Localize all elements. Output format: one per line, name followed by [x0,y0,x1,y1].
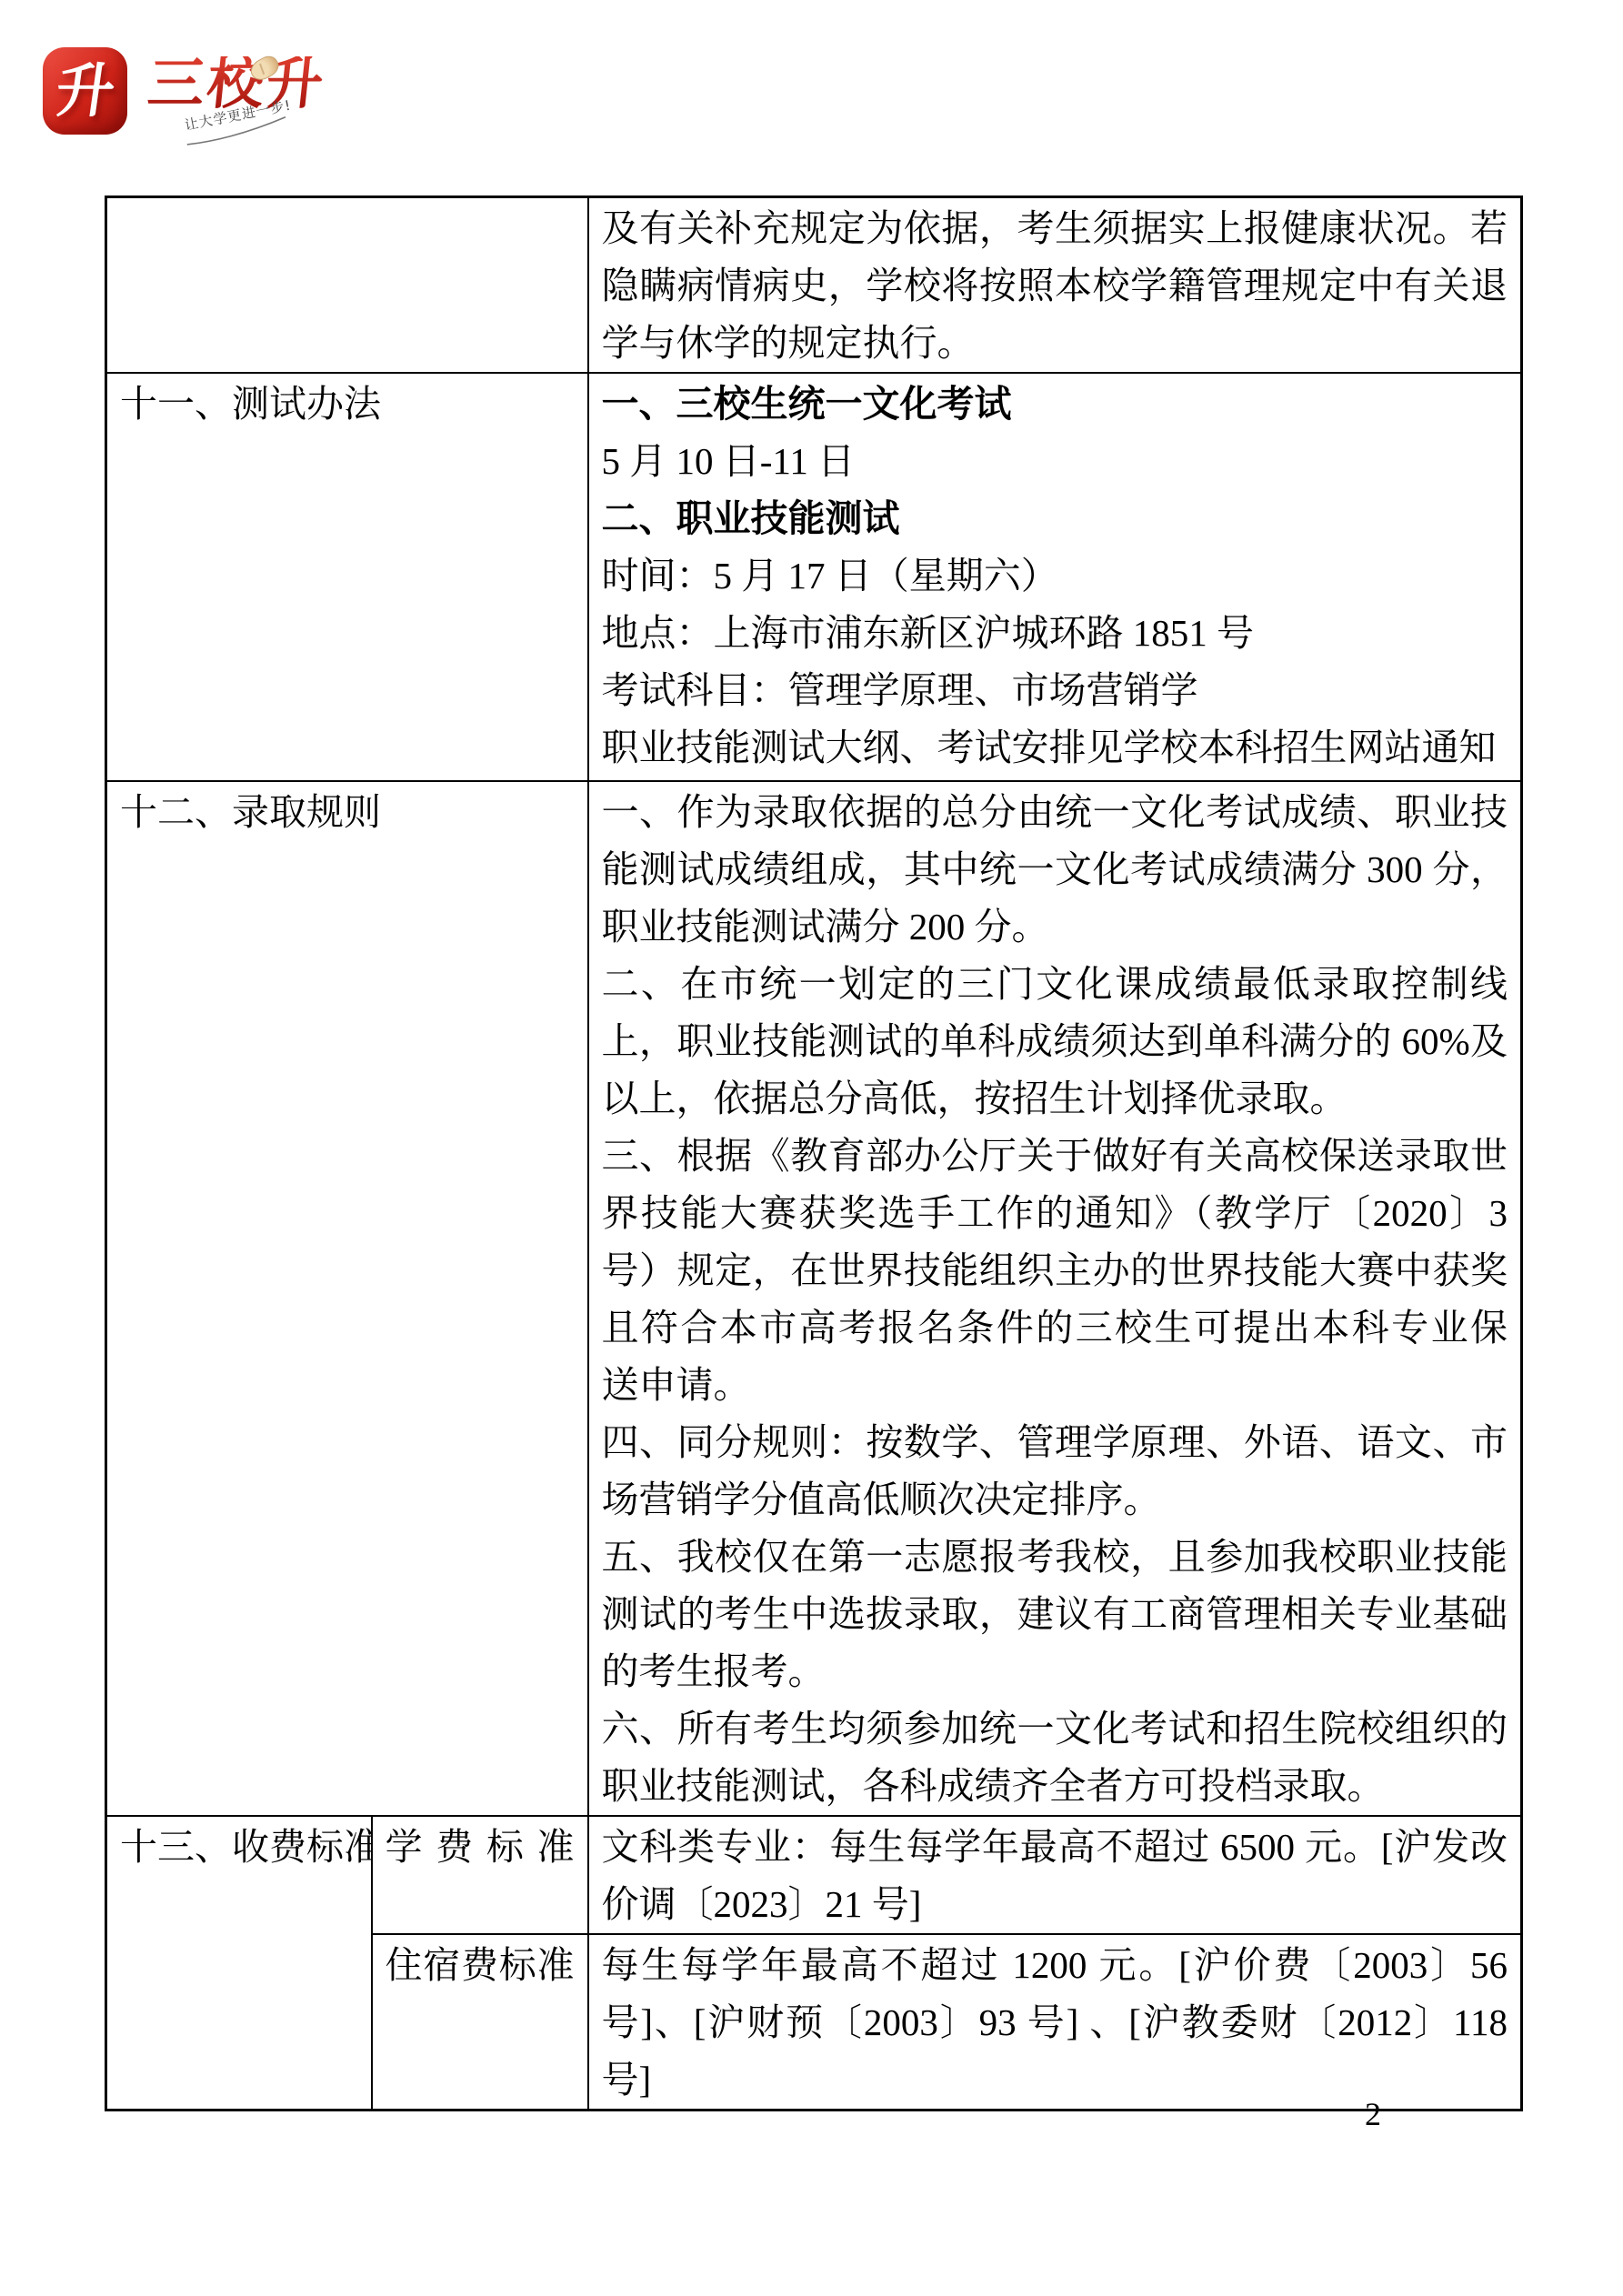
text-line: 以上，依据总分高低，按招生计划择优录取。 [602,1070,1508,1128]
text-line: 一、三校生统一文化考试 [602,376,1508,433]
text-line: 职业技能测试满分 200 分。 [602,898,1508,956]
text-line: 号]、[沪财预〔2003〕93 号] 、[沪教委财〔2012〕118 [602,1994,1508,2051]
sublabel-tuition-fee: 学 费 标 准 [372,1816,588,1934]
text-line: 上，职业技能测试的单科成绩须达到单科满分的 60%及 [602,1013,1508,1070]
text-line: 四、同分规则：按数学、管理学原理、外语、语文、市 [602,1414,1508,1471]
accommodation-fee-cell: 每生每学年最高不超过 1200 元。[沪价费〔2003〕56号]、[沪财预〔20… [588,1934,1522,2111]
shengsheng-app-icon: 升 [43,47,127,135]
text-line: 考试科目：管理学原理、市场营销学 [602,662,1508,719]
text-line: 送申请。 [602,1357,1508,1414]
test-method-cell: 一、三校生统一文化考试5 月 10 日-11 日二、职业技能测试时间：5 月 1… [588,373,1522,781]
text-line: 5 月 10 日-11 日 [602,433,1508,490]
text-line: 六、所有考生均须参加统一文化考试和招生院校组织的 [602,1700,1508,1758]
health-rules-cell: 及有关补充规定为依据，考生须据实上报健康状况。若隐瞒病情病史，学校将按照本校学籍… [588,197,1522,374]
text-line: 二、在市统一划定的三门文化课成绩最低录取控制线 [602,956,1508,1013]
text-line: 学与休学的规定执行。 [602,315,1508,372]
text-line: 一、作为录取依据的总分由统一文化考试成绩、职业技 [602,784,1508,841]
text-line: 的考生报考。 [602,1643,1508,1700]
table-row-admission-rules: 十二、录取规则 一、作为录取依据的总分由统一文化考试成绩、职业技能测试成绩组成，… [106,781,1522,1816]
text-line: 且符合本市高考报名条件的三校生可提出本科专业保 [602,1299,1508,1357]
text-line: 时间：5 月 17 日（星期六） [602,547,1508,605]
sublabel-accommodation-fee: 住宿费标准 [372,1934,588,2111]
text-line: 二、职业技能测试 [602,490,1508,547]
text-line: 号）规定，在世界技能组织主办的世界技能大赛中获奖 [602,1242,1508,1299]
table-row-test-method: 十一、测试办法 一、三校生统一文化考试5 月 10 日-11 日二、职业技能测试… [106,373,1522,781]
app-icon-glyph: 升 [52,62,118,120]
text-line: 价调〔2023〕21 号] [602,1876,1508,1933]
text-line: 每生每学年最高不超过 1200 元。[沪价费〔2003〕56 [602,1937,1508,1994]
text-line: 场营销学分值高低顺次决定排序。 [602,1471,1508,1529]
row-label-admission-rules: 十二、录取规则 [106,781,588,1816]
document-page: 升 三校升 让大学更进一步! 及有关补充规定为依据，考生须据实上报健康状况。若隐… [0,0,1623,2296]
text-line: 能测试成绩组成，其中统一文化考试成绩满分 300 分， [602,841,1508,898]
text-line: 测试的考生中选拔录取，建议有工商管理相关专业基础 [602,1586,1508,1643]
text-line: 职业技能测试大纲、考试安排见学校本科招生网站通知 [602,719,1508,777]
text-line: 界技能大赛获奖选手工作的通知》（教学厅〔2020〕3 [602,1185,1508,1242]
text-line: 五、我校仅在第一志愿报考我校，且参加我校职业技能 [602,1529,1508,1586]
text-line: 三、根据《教育部办公厅关于做好有关高校保送录取世 [602,1128,1508,1185]
admission-info-table: 及有关补充规定为依据，考生须据实上报健康状况。若隐瞒病情病史，学校将按照本校学籍… [105,196,1523,2111]
admission-rules-cell: 一、作为录取依据的总分由统一文化考试成绩、职业技能测试成绩组成，其中统一文化考试… [588,781,1522,1816]
text-line: 文科类专业：每生每学年最高不超过 6500 元。[沪发改 [602,1819,1508,1876]
tuition-fee-cell: 文科类专业：每生每学年最高不超过 6500 元。[沪发改价调〔2023〕21 号… [588,1816,1522,1934]
text-line: 及有关补充规定为依据，考生须据实上报健康状况。若 [602,200,1508,257]
table-row-health-continued: 及有关补充规定为依据，考生须据实上报健康状况。若隐瞒病情病史，学校将按照本校学籍… [106,197,1522,374]
brand-logo: 升 三校升 让大学更进一步! [43,47,343,152]
row-label-empty [106,197,588,374]
row-label-fee-standard: 十三、收费标准 [106,1816,372,2111]
table-row-tuition-fee: 十三、收费标准 学 费 标 准 文科类专业：每生每学年最高不超过 6500 元。… [106,1816,1522,1934]
row-label-test-method: 十一、测试办法 [106,373,588,781]
page-number: 2 [1341,2096,1405,2132]
text-line: 地点：上海市浦东新区沪城环路 1851 号 [602,605,1508,662]
text-line: 职业技能测试，各科成绩齐全者方可投档录取。 [602,1758,1508,1815]
text-line: 隐瞒病情病史，学校将按照本校学籍管理规定中有关退 [602,257,1508,315]
